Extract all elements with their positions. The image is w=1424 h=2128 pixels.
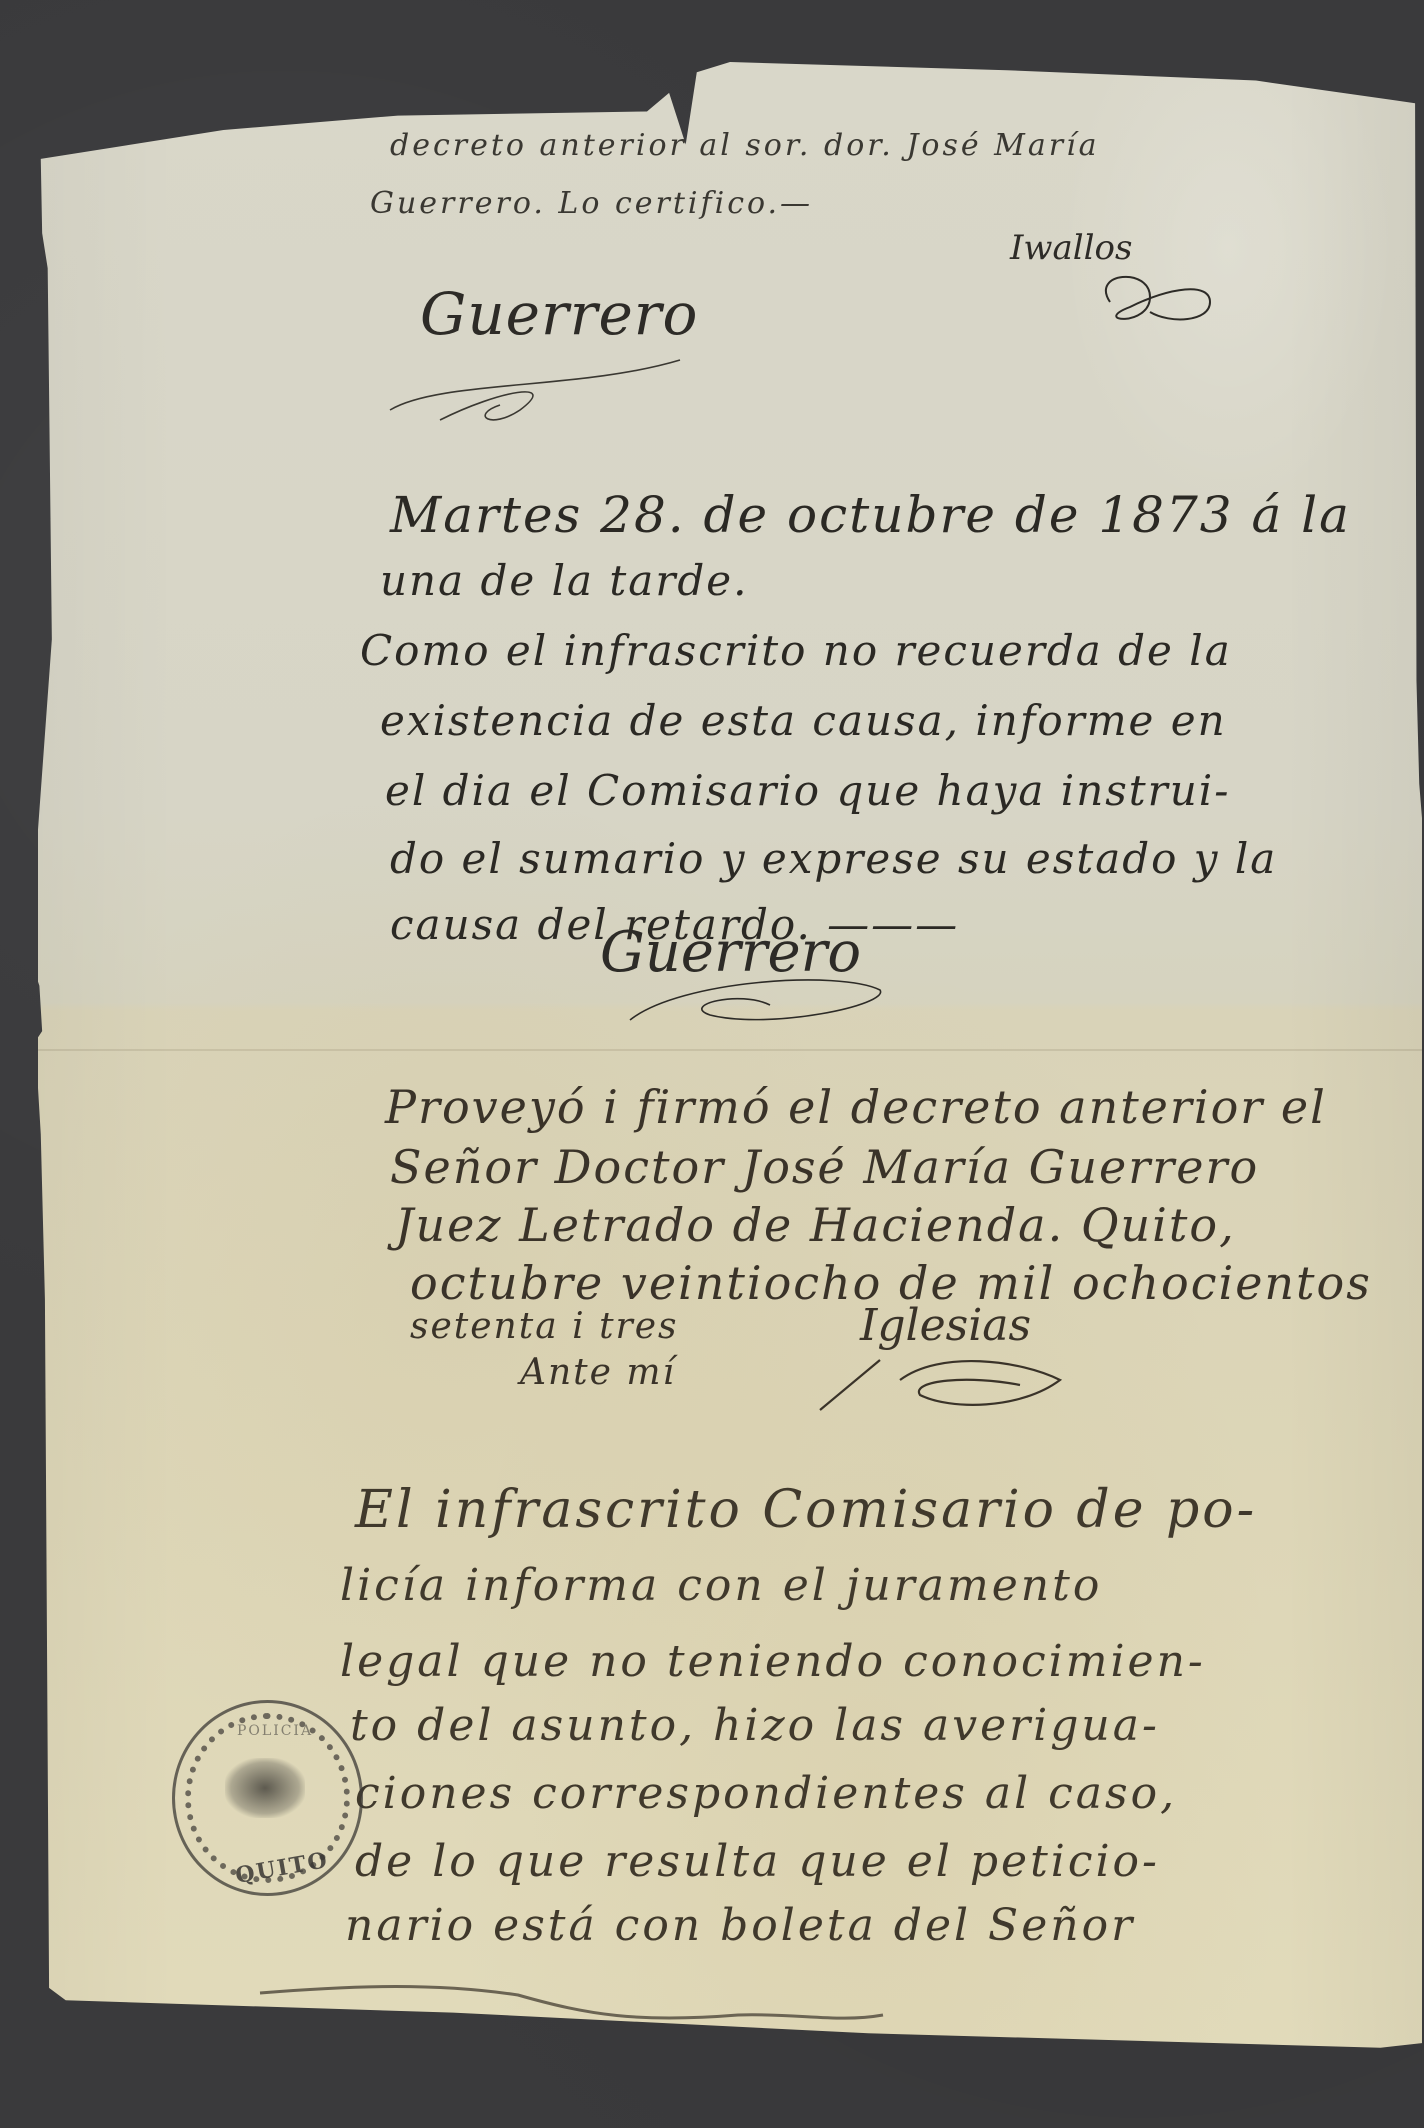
text-line: do el sumario y exprese su estado y la [390,834,1277,883]
text-line: Señor Doctor José María Guerrero [390,1140,1259,1194]
signature-flourish-icon [620,960,900,1044]
text-line: El infrascrito Comisario de po- [355,1480,1257,1540]
police-seal-stamp: POLICIA QUITO [172,1700,363,1896]
paper-fold-line [38,1049,1422,1051]
text-line: nario está con boleta del Señor [345,1900,1135,1951]
text-line: to del asunto, hizo las averigua- [350,1700,1160,1751]
date-heading-line: una de la tarde. [380,556,749,605]
text-line: licía informa con el juramento [340,1560,1102,1611]
closing-rule-flourish-icon [258,1985,898,2039]
stamp-emblem-icon [225,1758,305,1818]
text-line: existencia de esta causa, informe en [380,696,1227,745]
date-heading-line: Martes 28. de octubre de 1873 á la [390,486,1351,544]
witness-label: Ante mí [520,1352,676,1393]
text-line: Proveyó i firmó el decreto anterior el [385,1080,1327,1134]
text-line: Guerrero. Lo certifico.— [370,186,813,221]
text-line: Juez Letrado de Hacienda. Quito, [395,1198,1236,1252]
text-line: Como el infrascrito no recuerda de la [360,626,1232,675]
text-line: decreto anterior al sor. dor. José María [390,128,1100,163]
signature-flourish-icon [1090,262,1230,336]
signature-flourish-icon [820,1350,1080,1434]
text-line: el dia el Comisario que haya instrui- [385,766,1230,815]
text-line: setenta i tres [410,1306,679,1347]
stamp-top-text: POLICIA [237,1723,313,1739]
signature-iglesias: Iglesias [860,1300,1031,1351]
text-line: ciones correspondientes al caso, [355,1768,1177,1819]
text-line: de lo que resulta que el peticio- [355,1836,1160,1887]
text-line: legal que no teniendo conocimien- [340,1636,1206,1687]
signature-flourish-icon [380,320,700,434]
